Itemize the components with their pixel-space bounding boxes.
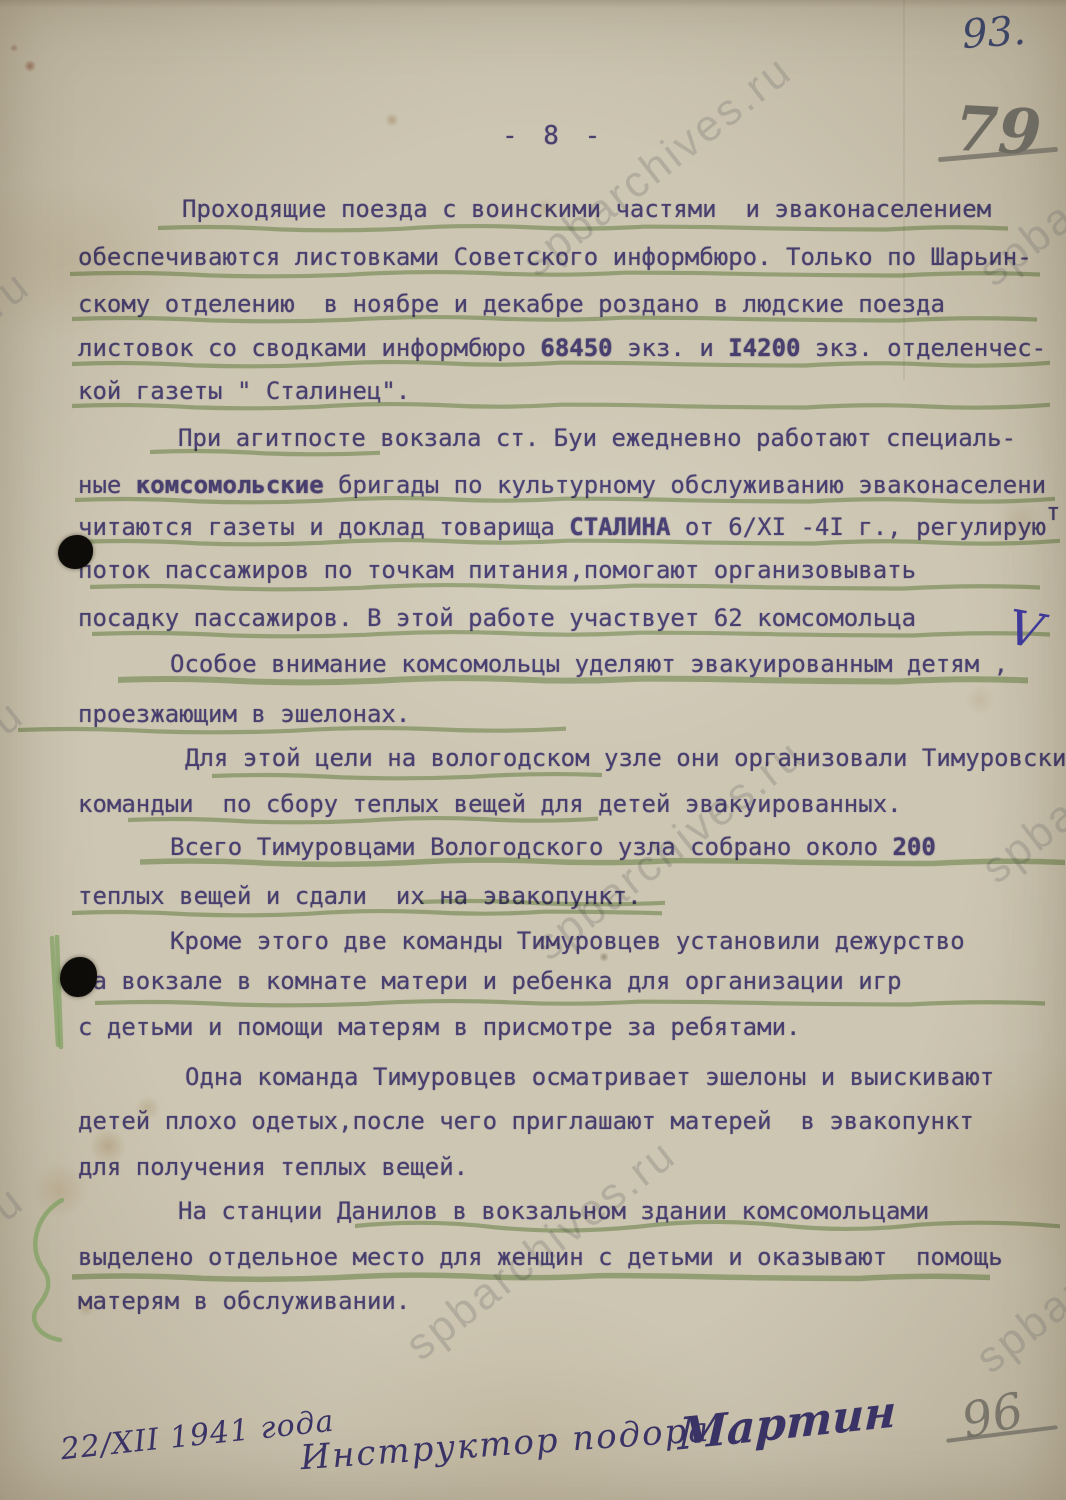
text-segment: матерям в обслуживании. <box>78 1287 410 1315</box>
green-margin-brace <box>26 1198 90 1342</box>
text-segment: от 6/XI -4I г., регулирую <box>670 513 1046 541</box>
typed-line: листовок со сводками информбюро 68450 эк… <box>78 334 1046 362</box>
text-segment: Проходящие поезда с воинскими частями и … <box>182 195 991 223</box>
text-segment: скому отделению в ноябре и декабре розда… <box>78 290 945 318</box>
text-segment: На станции Данилов в вокзальном здании к… <box>178 1197 929 1225</box>
typed-line: читаются газеты и доклад товарища СТАЛИН… <box>78 513 1046 541</box>
typed-line: с детьми и помощи матерям в присмотре за… <box>78 1013 800 1041</box>
document-page: spbarchives.ruspbarchives.ruspbarchives.… <box>0 0 1066 1500</box>
typed-line: теплых вещей и сдали их на эвакопункт. <box>78 882 642 910</box>
typed-line: обеспечиваются листовками Советского инф… <box>78 243 1032 271</box>
text-segment: бригады по культурному обслуживанию эвак… <box>324 471 1046 499</box>
typed-line: кой газеты " Сталинец". <box>78 377 410 405</box>
text-segment: кой газеты " Сталинец". <box>78 377 410 405</box>
text-segment: выделено отдельное место для женщин с де… <box>78 1243 1003 1271</box>
text-segment: поток пассажиров по точкам питания,помог… <box>78 556 916 584</box>
typed-line: Всего Тимуровцами Вологодского узла собр… <box>170 833 936 861</box>
typed-line: Для этой цели на вологодском узле они ор… <box>185 744 1066 772</box>
text-segment: СТАЛИНА <box>569 513 670 541</box>
typed-text-layer: Проходящие поезда с воинскими частями и … <box>0 0 1066 1500</box>
text-segment: посадку пассажиров. В этой работе участв… <box>78 604 916 632</box>
typed-line: Проходящие поезда с воинскими частями и … <box>182 195 991 223</box>
typed-line: выделено отдельное место для женщин с де… <box>78 1243 1003 1271</box>
text-segment: с детьми и помощи матерям в присмотре за… <box>78 1013 800 1041</box>
text-segment: экз. и <box>613 334 729 362</box>
punch-hole-bottom <box>60 957 97 997</box>
text-segment: 200 <box>892 833 935 861</box>
text-segment: проезжающим в эшелонах. <box>78 700 410 728</box>
typed-line: При агитпосте вокзала ст. Буи ежедневно … <box>178 424 1016 452</box>
typed-line: На станции Данилов в вокзальном здании к… <box>178 1197 929 1225</box>
text-segment: на вокзале в комнате матери и ребенка дл… <box>78 967 902 995</box>
text-segment: Кроме этого две команды Тимуровцев устан… <box>170 927 965 955</box>
typed-line: детей плохо одетых,после чего приглашают… <box>78 1107 974 1135</box>
typed-page-number: - 8 - <box>502 122 605 150</box>
typed-line: поток пассажиров по точкам питания,помог… <box>78 556 916 584</box>
text-segment: теплых вещей и сдали их на эвакопункт. <box>78 882 642 910</box>
typed-line: на вокзале в комнате матери и ребенка дл… <box>78 967 902 995</box>
text-segment: читаются газеты и доклад товарища <box>78 513 569 541</box>
text-segment: для получения теплых вещей. <box>78 1153 468 1181</box>
text-segment: Для этой цели на вологодском узле они ор… <box>185 744 1066 772</box>
typed-line: Одна команда Тимуровцев осматривает эшел… <box>185 1063 994 1091</box>
text-segment: Одна команда Тимуровцев осматривает эшел… <box>185 1063 994 1091</box>
typed-line: скому отделению в ноябре и декабре розда… <box>78 290 945 318</box>
text-segment: 68450 <box>540 334 612 362</box>
text-segment: т <box>1046 498 1060 526</box>
text-segment: I4200 <box>728 334 800 362</box>
text-segment: командыи по сбору теплых вещей для детей… <box>78 790 902 818</box>
text-segment: экз. отделенчес- <box>800 334 1046 362</box>
text-segment: обеспечиваются листовками Советского инф… <box>78 243 1032 271</box>
text-segment: Особое внимание комсомольцы уделяют эвак… <box>170 650 1008 678</box>
typed-line: Кроме этого две команды Тимуровцев устан… <box>170 927 965 955</box>
typed-line: командыи по сбору теплых вещей для детей… <box>78 790 902 818</box>
typed-line: т <box>1046 498 1060 526</box>
text-segment: детей плохо одетых,после чего приглашают… <box>78 1107 974 1135</box>
fold-line <box>903 0 905 380</box>
text-segment: листовок со сводками информбюро <box>78 334 540 362</box>
typed-line: Особое внимание комсомольцы уделяют эвак… <box>170 650 1008 678</box>
typed-line: матерям в обслуживании. <box>78 1287 410 1315</box>
typed-line: для получения теплых вещей. <box>78 1153 468 1181</box>
typed-line: проезжающим в эшелонах. <box>78 700 410 728</box>
archive-page-number: 93. <box>960 8 1027 58</box>
typed-line: посадку пассажиров. В этой работе участв… <box>78 604 916 632</box>
text-segment: Всего Тимуровцами Вологодского узла собр… <box>170 833 892 861</box>
typed-line: ные комсомольские бригады по культурному… <box>78 471 1046 499</box>
text-segment: При агитпосте вокзала ст. Буи ежедневно … <box>178 424 1016 452</box>
text-segment: ные <box>78 471 136 499</box>
punch-hole-top <box>58 535 93 569</box>
text-segment: комсомольские <box>136 471 324 499</box>
green-margin-stroke <box>42 935 70 1053</box>
